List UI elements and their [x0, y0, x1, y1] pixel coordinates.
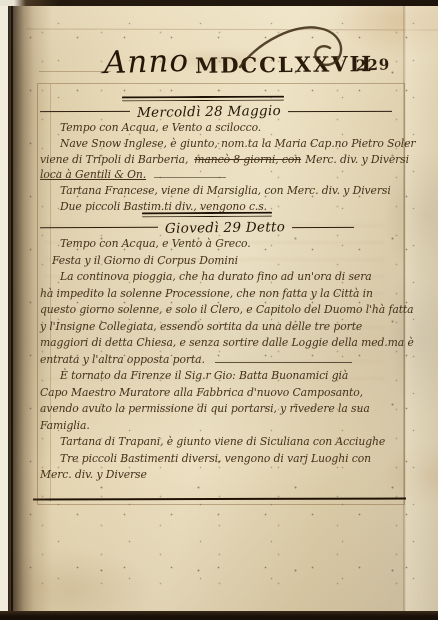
line-text: loca à Gentili & On.: [40, 167, 146, 183]
heading-rule-right: [288, 111, 392, 112]
line-text: È tornato da Firenze il Sig.r Gio: Batta…: [60, 368, 348, 385]
scanned-manuscript-page: Anno MDCCLXXVII 229 Mercoldì 28 Maggio T…: [0, 0, 438, 620]
diary-entry-28-maggio: Mercoldì 28 Maggio Tempo con Acqua, e Ve…: [40, 96, 392, 215]
line-text: hà impedito la solenne Processione, che …: [40, 286, 373, 303]
scanner-edge-bottom: [0, 611, 438, 620]
section-double-rule: [142, 212, 272, 218]
manuscript-line: È tornato da Firenze il Sig.r Gio: Batta…: [40, 368, 394, 385]
page-number: 229: [356, 55, 391, 74]
heading-rule-left: [40, 111, 130, 112]
line-text: questo giorno solenne, e solo il Clero, …: [40, 302, 414, 319]
diary-entry-29-detto: Giovedì 29 Detto Tempo con Acqua, e Vent…: [40, 212, 394, 484]
manuscript-line: Tartana Francese, viene di Marsiglia, co…: [40, 183, 392, 199]
line-text: Festa y il Giorno di Corpus Domini: [52, 253, 238, 270]
manuscript-line: Capo Maestro Muratore alla Fabbrica d'nu…: [40, 385, 394, 402]
manuscript-line: questo giorno solenne, e solo il Clero, …: [40, 302, 394, 319]
manuscript-line: viene di Tripoli di Barberia, mancò 8 gi…: [40, 152, 392, 168]
section-heading-row: Mercoldì 28 Maggio: [40, 103, 392, 120]
manuscript-line: entrata y l'altra opposta porta.: [40, 352, 394, 369]
heading-rule-left: [40, 227, 158, 228]
manuscript-line: Nave Snow Inglese, è giunto, nom.ta la M…: [40, 136, 392, 152]
manuscript-line: loca à Gentili & On.: [40, 167, 392, 183]
manuscript-line: Famiglia.: [40, 418, 394, 435]
manuscript-line: Tre piccoli Bastimenti diversi, vengono …: [40, 451, 394, 468]
manuscript-line: Festa y il Giorno di Corpus Domini: [40, 253, 394, 270]
heading-rule-right: [292, 227, 354, 228]
section-heading-row: Giovedì 29 Detto: [40, 219, 394, 236]
manuscript-line: Tempo con Acqua, e Vento à Greco.: [40, 236, 394, 253]
struck-text: mancò 8 giorni, con: [194, 152, 301, 168]
line-text: viene di Tripoli di Barberia,: [40, 152, 188, 168]
section-heading: Mercoldì 28 Maggio: [130, 102, 288, 120]
manuscript-line: avendo avuto la permissione di qui porta…: [40, 401, 394, 418]
manuscript-line: Merc. div. y Diverse: [40, 467, 394, 484]
line-text: maggiori di detta Chiesa, e senza sortir…: [40, 335, 414, 352]
line-text: Famiglia.: [40, 418, 90, 435]
line-text: y l'Insigne Collegiata, essendo sortita …: [40, 319, 362, 336]
scanner-edge-left: [0, 0, 8, 620]
line-text: Tempo con Acqua, e Vento a scilocco.: [60, 120, 261, 136]
line-text: Tempo con Acqua, e Vento à Greco.: [60, 236, 251, 253]
line-text: La continova pioggia, che ha durato fino…: [60, 269, 372, 286]
section-heading: Giovedì 29 Detto: [158, 219, 292, 237]
line-text: Nave Snow Inglese, è giunto, nom.ta la M…: [60, 136, 416, 152]
section-double-rule: [122, 96, 284, 102]
manuscript-line: La continova pioggia, che ha durato fino…: [40, 269, 394, 286]
manuscript-line: maggiori di detta Chiesa, e senza sortir…: [40, 335, 394, 352]
manuscript-line: Tartana di Trapani, è giunto viene di Si…: [40, 434, 394, 451]
line-text: Tartana Francese, viene di Marsiglia, co…: [60, 183, 391, 199]
line-text: Tartana di Trapani, è giunto viene di Si…: [60, 434, 385, 451]
line-text: Merc. div. y Diversi: [305, 152, 409, 168]
scanner-edge-top: [0, 0, 438, 6]
line-text: entrata y l'altra opposta porta.: [40, 352, 205, 369]
book-gutter-edge: [11, 0, 13, 620]
line-text: Capo Maestro Muratore alla Fabbrica d'nu…: [40, 385, 363, 402]
anno-label: Anno: [104, 43, 190, 81]
trailing-rule: [215, 362, 352, 363]
pen-flourish-ornament: [238, 20, 350, 76]
line-text: Merc. div. y Diverse: [40, 467, 147, 484]
line-text: avendo avuto la permissione di qui porta…: [40, 401, 370, 418]
manuscript-line: hà impedito la solenne Processione, che …: [40, 286, 394, 303]
trailing-rule: [154, 177, 226, 178]
manuscript-line: Tempo con Acqua, e Vento a scilocco.: [40, 120, 392, 136]
line-text: Tre piccoli Bastimenti diversi, vengono …: [60, 451, 371, 468]
manuscript-line: y l'Insigne Collegiata, essendo sortita …: [40, 319, 394, 336]
header-rule: [39, 71, 111, 72]
